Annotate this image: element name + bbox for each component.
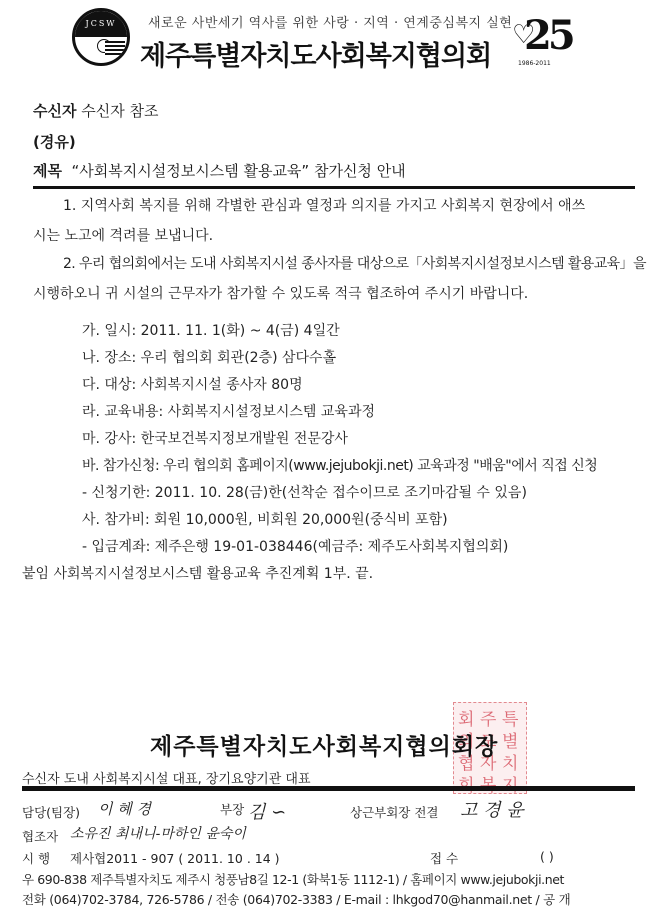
item-target: 다. 대상: 사회복지시설 종사자 80명 bbox=[82, 374, 303, 394]
recipient-value: 수신자 참조 bbox=[81, 102, 158, 120]
stripes-decoration bbox=[105, 41, 125, 57]
item-instructor: 마. 강사: 한국보건복지정보개발원 전문강사 bbox=[82, 428, 348, 448]
vp-label: 상근부회장 전결 bbox=[350, 803, 439, 821]
manager-signature: 김 ∽ bbox=[248, 798, 286, 824]
seal-char: 복 bbox=[480, 771, 496, 796]
vp-signature: 고 경 윤 bbox=[460, 796, 524, 822]
subject-divider bbox=[33, 186, 635, 189]
staff-label: 담당(팀장) bbox=[22, 803, 80, 821]
item-content: 라. 교육내용: 사회복지시설정보시스템 교육과정 bbox=[82, 401, 375, 421]
subject-label: 제목 bbox=[33, 162, 62, 180]
jcsw-logo: JCSW bbox=[72, 8, 130, 66]
org-title: 제주특별자치도사회복지협의회 bbox=[140, 34, 491, 73]
recipient-label: 수신자 bbox=[33, 102, 76, 120]
recipient-line: 수신자 수신자 참조 bbox=[33, 100, 158, 121]
subject-value: “사회복지시설정보시스템 활용교육” 참가신청 안내 bbox=[72, 162, 406, 180]
seal-char: 지 bbox=[502, 771, 518, 796]
contact-line: 전화 (064)702-3784, 726-5786 / 전송 (064)702… bbox=[22, 890, 570, 908]
address-line: 우 690-838 제주특별자치도 제주시 청풍남8길 12-1 (화북1동 1… bbox=[22, 870, 564, 888]
item-date: 가. 일시: 2011. 11. 1(화) ~ 4(금) 4일간 bbox=[82, 320, 340, 340]
receipt-value: ( ) bbox=[540, 849, 554, 864]
subject-line: 제목 “사회복지시설정보시스템 활용교육” 참가신청 안내 bbox=[33, 160, 406, 181]
logo-text: JCSW bbox=[75, 19, 127, 28]
staff-signature: 이 혜 경 bbox=[98, 798, 151, 819]
coop-signatures: 소유진 최내니-마하인 윤숙이 bbox=[70, 823, 246, 843]
para2-line2: 시행하오니 귀 시설의 근무자가 참가할 수 있도록 적극 협조하여 주시기 바… bbox=[33, 283, 528, 303]
item-bank-account: - 입금계좌: 제주은행 19-01-038446(예금주: 제주도사회복지협의… bbox=[82, 536, 508, 556]
item-deadline: - 신청기한: 2011. 10. 28(금)한(선착순 접수이므로 조기마감될… bbox=[82, 482, 527, 502]
enforce-label: 시 행 bbox=[22, 849, 50, 867]
seal-char: 회 bbox=[458, 771, 474, 796]
item-application: 바. 참가신청: 우리 협의회 홈페이지(www.jejubokji.net) … bbox=[82, 455, 597, 475]
item-fee: 사. 참가비: 회원 10,000원, 비회원 20,000원(중식비 포함) bbox=[82, 509, 448, 529]
receipt-label: 접 수 bbox=[430, 849, 458, 867]
manager-label: 부장 bbox=[220, 800, 244, 818]
signatory-title: 제주특별자치도사회복지협의회장 bbox=[150, 728, 498, 761]
para1-line1: 1. 지역사회 복지를 위해 각별한 관심과 열정과 의지를 가지고 사회복지 … bbox=[63, 195, 585, 215]
slogan: 새로운 사반세기 역사를 위한 사랑 · 지역 · 연계중심복지 실현 bbox=[148, 12, 512, 31]
attachment-note: 붙임 사회복지시설정보시스템 활용교육 추진계획 1부. 끝. bbox=[22, 563, 373, 583]
enforce-value: 제사협2011 - 907 ( 2011. 10 . 14 ) bbox=[70, 849, 280, 867]
anniversary-number: 25 bbox=[524, 12, 572, 59]
anniversary-logo: ♡ 25 1986-2011 bbox=[512, 14, 572, 70]
coop-label: 협조자 bbox=[22, 827, 58, 845]
anniversary-years: 1986-2011 bbox=[518, 60, 551, 67]
via-label: (경유) bbox=[33, 131, 76, 152]
item-place: 나. 장소: 우리 협의회 회관(2층) 삼다수홀 bbox=[82, 347, 336, 367]
para2-line1: 2. 우리 협의회에서는 도내 사회복지시설 종사자를 대상으로「사회복지시설정… bbox=[63, 253, 646, 273]
footer-recipients: 수신자 도내 사회복지시설 대표, 장기요양기관 대표 bbox=[22, 768, 311, 787]
para1-line2: 시는 노고에 격려를 보냅니다. bbox=[33, 225, 213, 245]
footer-divider bbox=[22, 786, 635, 791]
